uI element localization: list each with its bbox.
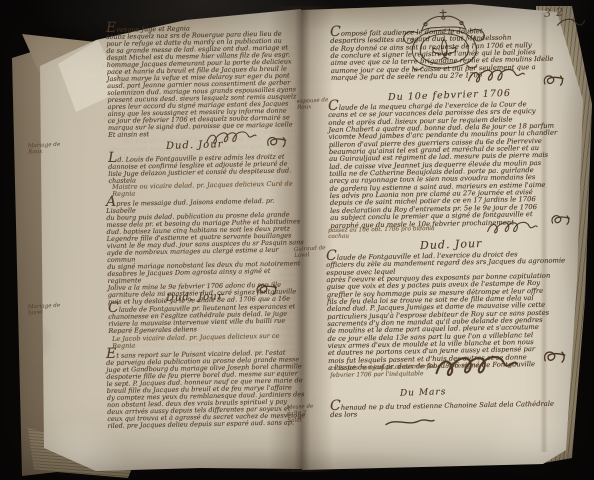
manuscript-photo: Apres le messaige dud. Jaisons endame de… bbox=[0, 0, 594, 480]
notarial-paraph bbox=[541, 348, 569, 365]
left-heading-2: Dud. Jour bbox=[166, 291, 224, 304]
right-heading-2: Dud. Jour bbox=[420, 237, 483, 252]
signature-flourish bbox=[431, 350, 520, 381]
notarial-paraph bbox=[549, 212, 573, 227]
signature-flourish bbox=[480, 218, 545, 236]
notarial-paraph bbox=[541, 72, 567, 88]
signature-flourish bbox=[384, 416, 436, 428]
right-heading-3: Du Mars bbox=[400, 387, 447, 399]
crowned-arms-stamp-icon bbox=[387, 6, 501, 74]
right-entry-2: Claude de la mequeu chargé de l'exercice… bbox=[328, 99, 570, 229]
book-gutter-shadow bbox=[268, 6, 334, 472]
folio-swash bbox=[556, 16, 586, 30]
